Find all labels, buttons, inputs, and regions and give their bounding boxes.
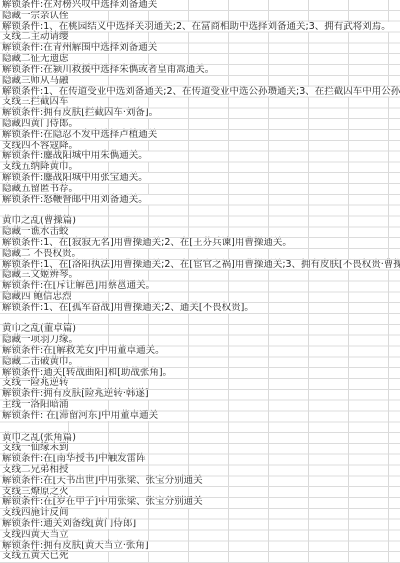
cell-text: 支线四黄天当立 [0, 530, 71, 540]
cell-text: 隐藏三师从马融 [0, 76, 71, 86]
cell-text: 支线五黄天已死 [0, 551, 71, 561]
sheet-row[interactable]: 解锁条件:在隐忍不发中选择卢植通关 [0, 130, 400, 141]
cell-text: 解锁条件:通关刘备线[黄门侍郎] [0, 519, 138, 529]
cell-text: 解锁条件:在[南华授书]中触发雷阵 [0, 454, 148, 464]
sheet-row[interactable]: 隐藏一宗亲认侄 [0, 11, 400, 22]
sheet-row[interactable]: 解锁条件:1、在[孤军奋战]用曹操通关;2、通关[不畏权贵]。 [0, 303, 400, 314]
cell-text: 解锁条件:在[解救羌女]中用董卓通关。 [0, 346, 167, 356]
sheet-row[interactable]: 隐藏五留匿书荐。 [0, 184, 400, 195]
cell-text: 解锁条件:1、在[孤军奋战]用曹操通关;2、通关[不畏权贵]。 [0, 303, 256, 313]
cell-text: 解锁条件:拥有皮肤[拦截囚车·刘备]。 [0, 108, 160, 118]
cell-text: 隐藏四黄门侍郎。 [0, 119, 80, 129]
cell-text: 主线一洛阳暗涌 [0, 400, 71, 410]
sheet-row[interactable]: 隐藏三师从马融 [0, 76, 400, 87]
sheet-row[interactable]: 解锁条件: 在[滞留河东]中用董卓通关 [0, 411, 400, 422]
spreadsheet: 解锁条件:在对榜兴叹中选择刘备通关 隐藏一宗亲认侄 解锁条件:1、在桃园结义中选… [0, 0, 400, 563]
cell-text: 解锁条件:在对榜兴叹中选择刘备通关 [0, 0, 159, 10]
cell-text: 隐藏一宗亲认侄 [0, 11, 71, 21]
cell-text: 隐藏一谯水击蛟 [0, 227, 71, 237]
cell-text: 解锁条件:在[斥让解邑]用蔡邕通关。 [0, 281, 157, 291]
cell-text: 隐藏五留匿书荐。 [0, 184, 80, 194]
cell-text: 隐藏二征无遗虑 [0, 54, 71, 64]
cell-text: 解锁条件:怒鞭督邮中用刘备通关。 [0, 195, 150, 205]
cell-text: 解锁条件:在[天书出世]中用张梁、张宝分别通关 [0, 476, 205, 486]
cell-text: 解锁条件:1、在[寂寂无名]用曹操通关;2、在[王芬兵谏]用曹操通关。 [0, 238, 294, 248]
sheet-row[interactable]: 支线四黄天当立 [0, 530, 400, 541]
cell-text: 隐藏四 鲍信忠烈 [0, 292, 74, 302]
cell-text: 解锁条件: 在[滞留河东]中用董卓通关 [0, 411, 160, 421]
cell-text [0, 422, 4, 432]
sheet-row[interactable]: 解锁条件:怒鞭督邮中用刘备通关。 [0, 195, 400, 206]
cell-text: 解锁条件:在颍川救援中选择朱儁或者皇甫嵩通关。 [0, 65, 216, 75]
sheet-row-section[interactable] [0, 422, 400, 433]
sheet-rows: 解锁条件:在对榜兴叹中选择刘备通关 隐藏一宗亲认侄 解锁条件:1、在桃园结义中选… [0, 0, 400, 562]
sheet-row[interactable]: 隐藏二 不畏权贵。 [0, 249, 400, 260]
cell-text: 隐藏二击破黄巾。 [0, 357, 80, 367]
cell-text: 解锁条件:在隐忍不发中选择卢植通关 [0, 130, 159, 140]
sheet-row[interactable]: 解锁条件:在[天书出世]中用张梁、张宝分别通关 [0, 476, 400, 487]
sheet-row[interactable]: 支线五黄天已死 [0, 551, 400, 562]
cell-text: 隐藏二 不畏权贵。 [0, 249, 83, 259]
cell-text: 支线二兄弟相授 [0, 465, 71, 475]
cell-text: 解锁条件:鏖战阳城中用张宝通关。 [0, 173, 150, 183]
sheet-row[interactable]: 隐藏二击破黄巾。 [0, 357, 400, 368]
